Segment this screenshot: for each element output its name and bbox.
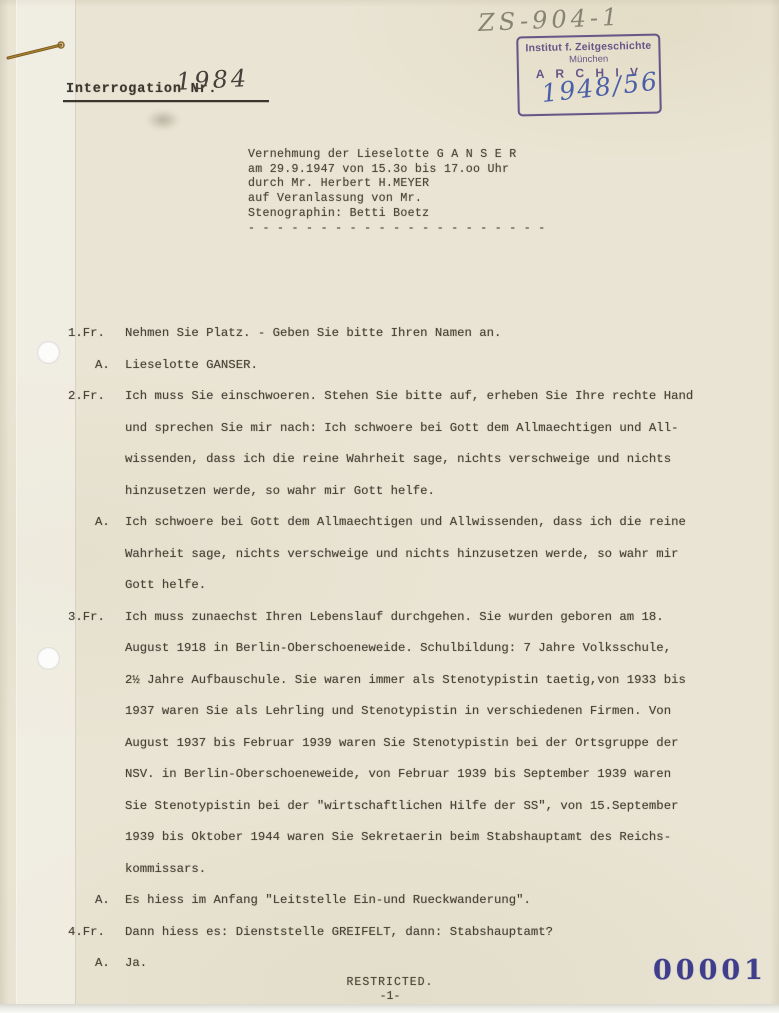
qa-label: 1.Fr.	[68, 318, 105, 350]
qa-text: Ja.	[125, 948, 728, 980]
qa-item: A.Lieselotte GANSER.	[68, 350, 728, 382]
qa-item: 3.Fr.Ich muss zunaechst Ihren Lebenslauf…	[68, 602, 728, 886]
tape-strip	[16, 0, 76, 1013]
archive-stamp: Institut f. Zeitgeschichte München A R C…	[516, 34, 662, 117]
header-block: Vernehmung der Lieselotte G A N S E Ram …	[248, 148, 546, 236]
header-line: Stenographin: Betti Boetz	[248, 207, 546, 222]
header-line: - - - - - - - - - - - - - - - - - - - - …	[248, 222, 546, 237]
qa-label: 2.Fr.	[68, 381, 105, 413]
scanned-document-page: ZS-904-1 Institut f. Zeitgeschichte Münc…	[0, 0, 779, 1013]
document-number-stamp: 00001	[653, 955, 767, 986]
qa-item: A.Ich schwoere bei Gott dem Allmaechtige…	[68, 507, 728, 602]
qa-text: Ich muss zunaechst Ihren Lebenslauf durc…	[125, 602, 728, 886]
scan-edge	[0, 1004, 779, 1013]
qa-item: A.Es hiess im Anfang "Leitstelle Ein-und…	[68, 885, 728, 917]
header-line: Vernehmung der Lieselotte G A N S E R	[248, 148, 546, 163]
header-line: auf Veranlassung von Mr.	[248, 192, 546, 207]
punch-hole	[37, 647, 60, 670]
punch-hole	[37, 341, 60, 364]
qa-item: A.Ja.	[68, 948, 728, 980]
qa-text: Ich schwoere bei Gott dem Allmaechtigen …	[125, 507, 728, 602]
header-line: durch Mr. Herbert H.MEYER	[248, 177, 546, 192]
qa-label: A.	[95, 507, 110, 539]
qa-text: Nehmen Sie Platz. - Geben Sie bitte Ihre…	[125, 318, 728, 350]
pin-mark	[5, 36, 69, 64]
qa-item: 2.Fr.Ich muss Sie einschwoeren. Stehen S…	[68, 381, 728, 507]
qa-text: Es hiess im Anfang "Leitstelle Ein-und R…	[125, 885, 728, 917]
qa-item: 1.Fr.Nehmen Sie Platz. - Geben Sie bitte…	[68, 318, 728, 350]
qa-label: 3.Fr.	[68, 602, 105, 634]
title-underline	[63, 100, 269, 102]
qa-label: 4.Fr.	[68, 917, 105, 949]
qa-label: A.	[95, 948, 110, 980]
qa-text: Dann hiess es: Dienststelle GREIFELT, da…	[125, 917, 728, 949]
interrogation-number-handwriting: 1984	[175, 64, 249, 96]
qa-label: A.	[95, 885, 110, 917]
qa-list: 1.Fr.Nehmen Sie Platz. - Geben Sie bitte…	[68, 318, 728, 980]
qa-text: Ich muss Sie einschwoeren. Stehen Sie bi…	[125, 381, 728, 507]
qa-item: 4.Fr.Dann hiess es: Dienststelle GREIFEL…	[68, 917, 728, 949]
pencil-smudge	[146, 110, 180, 130]
page-number: -1-	[300, 990, 480, 1003]
archive-ref-handwriting: ZS-904-1	[477, 0, 708, 37]
qa-label: A.	[95, 350, 110, 382]
classification-label: RESTRICTED.	[300, 976, 480, 989]
header-line: am 29.9.1947 von 15.3o bis 17.oo Uhr	[248, 163, 546, 178]
qa-text: Lieselotte GANSER.	[125, 350, 728, 382]
